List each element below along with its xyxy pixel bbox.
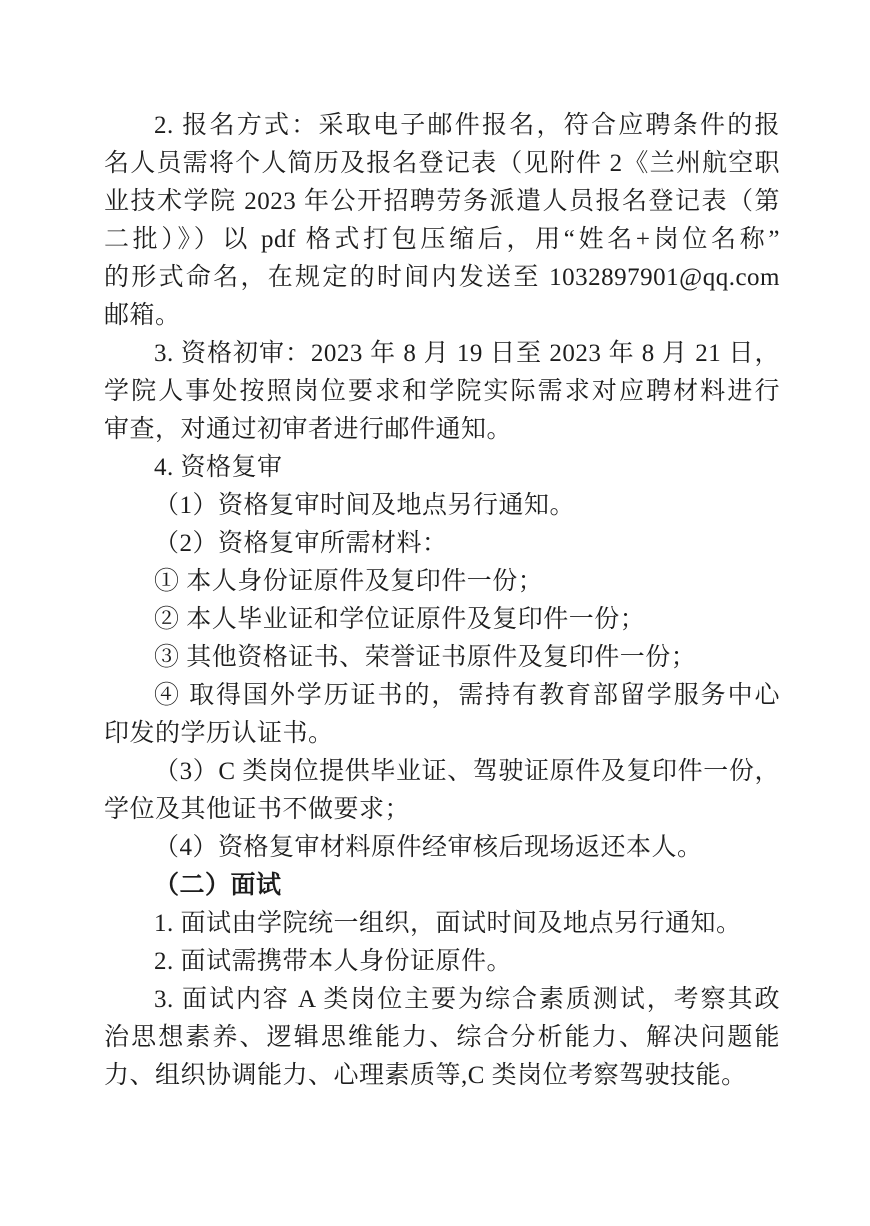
document-page: 2. 报名方式：采取电子邮件报名，符合应聘条件的报名人员需将个人简历及报名登记表…: [0, 0, 870, 1226]
text-line: ① 本人身份证原件及复印件一份；: [104, 563, 780, 601]
text-line: 3. 资格初审：2023 年 8 月 19 日至 2023 年 8 月 21 日…: [104, 335, 780, 373]
text-line: 2. 面试需携带本人身份证原件。: [104, 943, 780, 981]
text-line: 4. 资格复审: [104, 449, 780, 487]
text-line: 审查，对通过初审者进行邮件通知。: [104, 411, 780, 449]
text-line: 的形式命名，在规定的时间内发送至 1032897901@qq.com: [104, 259, 780, 297]
text-line: ② 本人毕业证和学位证原件及复印件一份；: [104, 601, 780, 639]
section-heading: （二）面试: [104, 867, 780, 905]
text-line: （1）资格复审时间及地点另行通知。: [104, 487, 780, 525]
text-line: 名人员需将个人简历及报名登记表（见附件 2《兰州航空职: [104, 145, 780, 183]
text-line: （4）资格复审材料原件经审核后现场返还本人。: [104, 829, 780, 867]
text-line: ③ 其他资格证书、荣誉证书原件及复印件一份；: [104, 639, 780, 677]
text-line: 业技术学院 2023 年公开招聘劳务派遣人员报名登记表（第: [104, 183, 780, 221]
text-line: ④ 取得国外学历证书的，需持有教育部留学服务中心: [104, 677, 780, 715]
document-body: 2. 报名方式：采取电子邮件报名，符合应聘条件的报名人员需将个人简历及报名登记表…: [104, 107, 780, 1095]
text-line: 二批）》）以 pdf 格式打包压缩后，用“姓名+岗位名称”: [104, 221, 780, 259]
text-line: 邮箱。: [104, 297, 780, 335]
text-line: 力、组织协调能力、心理素质等,C 类岗位考察驾驶技能。: [104, 1057, 780, 1095]
text-line: 学位及其他证书不做要求；: [104, 791, 780, 829]
text-line: （2）资格复审所需材料：: [104, 525, 780, 563]
text-line: （3）C 类岗位提供毕业证、驾驶证原件及复印件一份，: [104, 753, 780, 791]
text-line: 3. 面试内容 A 类岗位主要为综合素质测试，考察其政: [104, 981, 780, 1019]
text-line: 学院人事处按照岗位要求和学院实际需求对应聘材料进行: [104, 373, 780, 411]
text-line: 印发的学历认证书。: [104, 715, 780, 753]
text-line: 治思想素养、逻辑思维能力、综合分析能力、解决问题能: [104, 1019, 780, 1057]
text-line: 1. 面试由学院统一组织，面试时间及地点另行通知。: [104, 905, 780, 943]
text-line: 2. 报名方式：采取电子邮件报名，符合应聘条件的报: [104, 107, 780, 145]
